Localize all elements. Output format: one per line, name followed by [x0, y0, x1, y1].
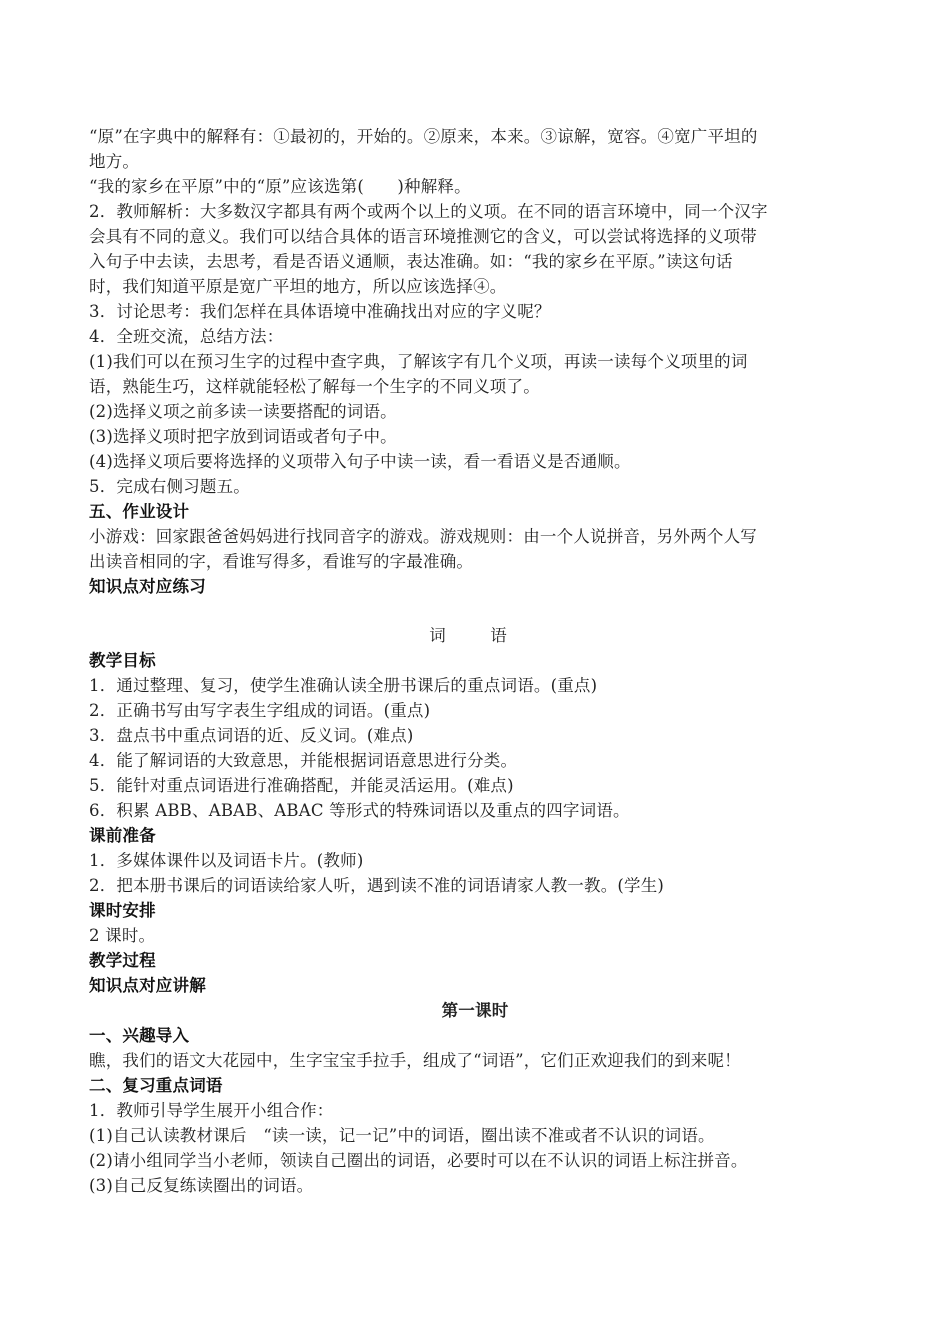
goal-item: 3．盘点书中重点词语的近、反义词。(难点): [89, 723, 864, 748]
step2-heading: 二、复习重点词语: [89, 1073, 864, 1098]
paragraph-line: (2)选择义项之前多读一读要搭配的词语。: [89, 399, 864, 424]
paragraph-line: 地方。: [89, 149, 864, 174]
paragraph-line: 语，熟能生巧，这样就能轻松了解每一个生字的不同义项了。: [89, 374, 864, 399]
schedule-text: 2 课时。: [89, 923, 864, 948]
goal-item: 1．通过整理、复习，使学生准确认读全册书课后的重点词语。(重点): [89, 673, 864, 698]
paragraph-line: 会具有不同的意义。我们可以结合具体的语言环境推测它的含义，可以尝试将选择的义项带: [89, 224, 864, 249]
period-title: 第一课时: [0, 998, 950, 1023]
paragraph-line: 瞧，我们的语文大花园中，生字宝宝手拉手，组成了“词语”，它们正欢迎我们的到来呢！: [89, 1048, 864, 1073]
prep-item: 2．把本册书课后的词语读给家人听，遇到读不准的词语请家人教一教。(学生): [89, 873, 864, 898]
paragraph-line: 2．教师解析：大多数汉字都具有两个或两个以上的义项。在不同的语言环境中，同一个汉…: [89, 199, 864, 224]
paragraph-line: 4．全班交流，总结方法：: [89, 324, 864, 349]
prep-heading: 课前准备: [89, 823, 864, 848]
goal-item: 2．正确书写由写字表生字组成的词语。(重点): [89, 698, 864, 723]
paragraph-line: (4)选择义项后要将选择的义项带入句子中读一读，看一看语义是否通顺。: [89, 449, 864, 474]
paragraph-line: (1)我们可以在预习生字的过程中查字典，了解该字有几个义项，再读一读每个义项里的…: [89, 349, 864, 374]
goal-item: 5．能针对重点词语进行准确搭配，并能灵活运用。(难点): [89, 773, 864, 798]
paragraph-line: (2)请小组同学当小老师，领读自己圈出的词语，必要时可以在不认识的词语上标注拼音…: [89, 1148, 864, 1173]
paragraph-line: 3．讨论思考：我们怎样在具体语境中准确找出对应的字义呢？: [89, 299, 864, 324]
paragraph-line: 入句子中去读，去思考，看是否语义通顺，表达准确。如：“我的家乡在平原。”读这句话: [89, 249, 864, 274]
explain-heading: 知识点对应讲解: [89, 973, 864, 998]
lesson-title: 词 语: [0, 623, 950, 648]
prep-item: 1．多媒体课件以及词语卡片。(教师): [89, 848, 864, 873]
paragraph-line: “原”在字典中的解释有：①最初的，开始的。②原来，本来。③谅解，宽容。④宽广平坦…: [89, 124, 864, 149]
paragraph-line: 1．教师引导学生展开小组合作：: [89, 1098, 864, 1123]
homework-heading: 五、作业设计: [89, 499, 864, 524]
goal-item: 6．积累 ABB、ABAB、ABAC 等形式的特殊词语以及重点的四字词语。: [89, 798, 864, 823]
paragraph-line: 5．完成右侧习题五。: [89, 474, 864, 499]
paragraph-line: (1)自己认读教材课后 “读一读，记一记”中的词语，圈出读不准或者不认识的词语。: [89, 1123, 864, 1148]
process-heading: 教学过程: [89, 948, 864, 973]
document-page: “原”在字典中的解释有：①最初的，开始的。②原来，本来。③谅解，宽容。④宽广平坦…: [0, 0, 950, 1344]
goal-item: 4．能了解词语的大致意思，并能根据词语意思进行分类。: [89, 748, 864, 773]
paragraph-line: (3)自己反复练读圈出的词语。: [89, 1173, 864, 1198]
paragraph-line: 小游戏：回家跟爸爸妈妈进行找同音字的游戏。游戏规则：由一个人说拼音，另外两个人写: [89, 524, 864, 549]
paragraph-line: (3)选择义项时把字放到词语或者句子中。: [89, 424, 864, 449]
practice-heading: 知识点对应练习: [89, 574, 864, 599]
schedule-heading: 课时安排: [89, 898, 864, 923]
paragraph-line: 出读音相同的字，看谁写得多，看谁写的字最准确。: [89, 549, 864, 574]
step1-heading: 一、兴趣导入: [89, 1023, 864, 1048]
paragraph-line: 时，我们知道平原是宽广平坦的地方，所以应该选择④。: [89, 274, 864, 299]
goals-heading: 教学目标: [89, 648, 864, 673]
paragraph-line: “我的家乡在平原”中的“原”应该选第( )种解释。: [89, 174, 864, 199]
